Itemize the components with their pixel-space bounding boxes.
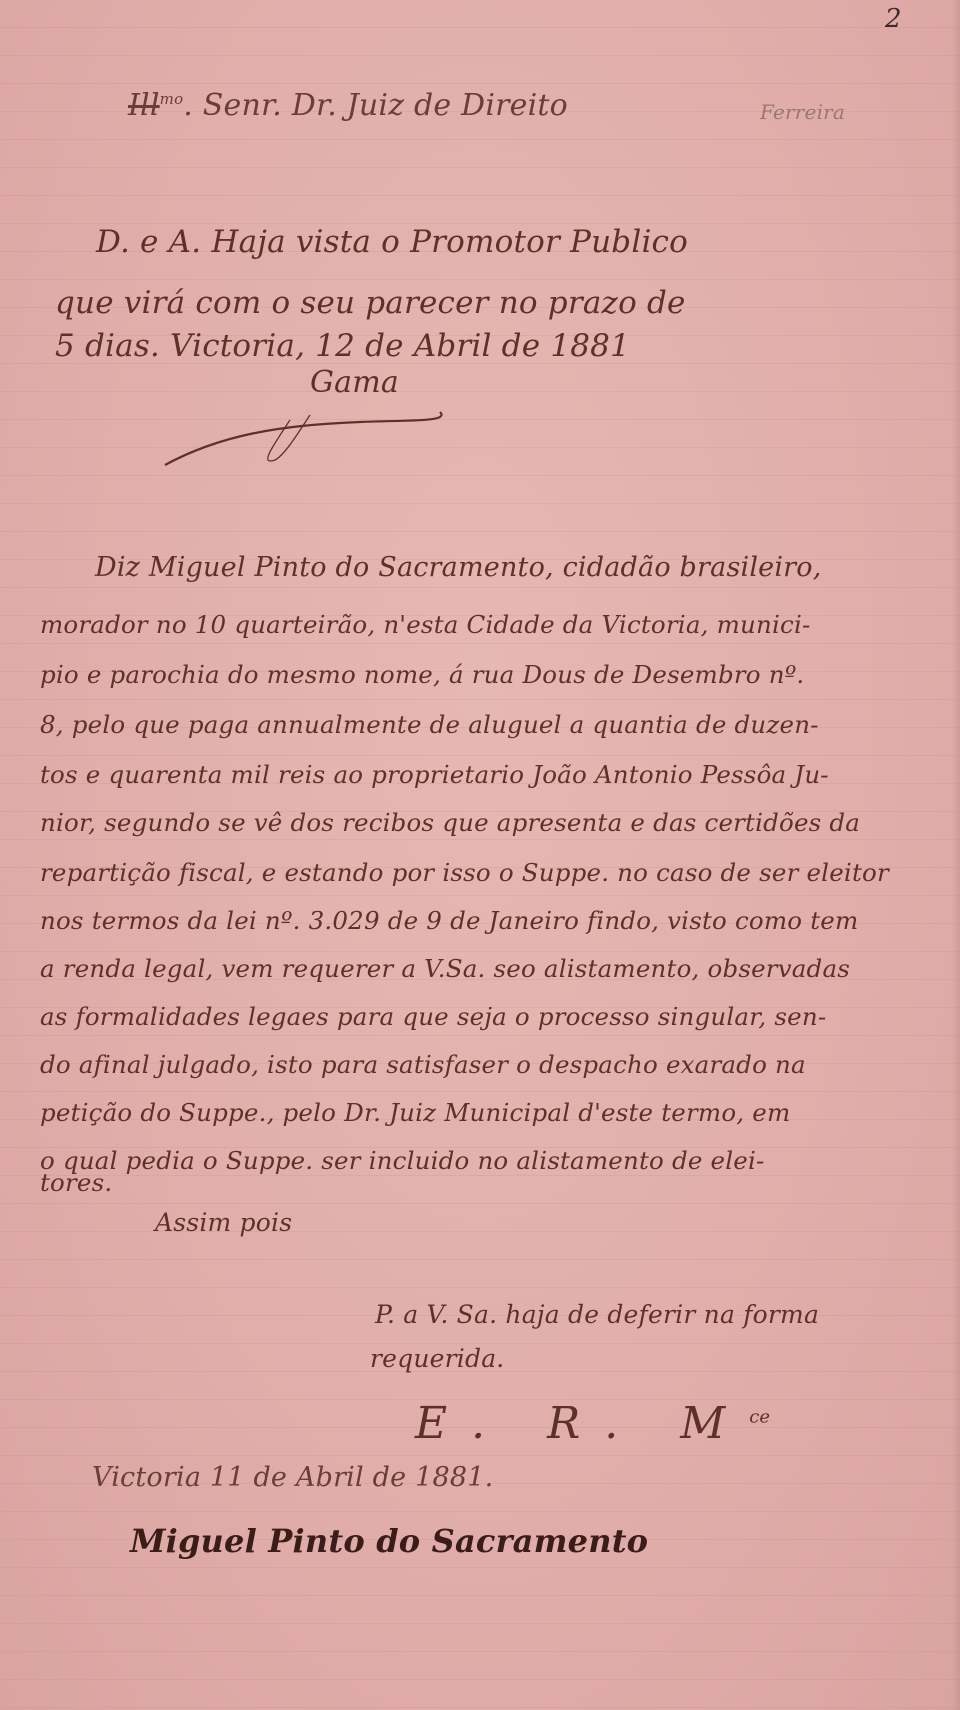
petition-line: a renda legal, vem requerer a V.Sa. seo … — [40, 954, 850, 983]
petition-line: Diz Miguel Pinto do Sacramento, cidadão … — [95, 552, 822, 583]
page-edge-shadow — [952, 0, 960, 1710]
petition-line: do afinal julgado, isto para satisfaser … — [40, 1050, 806, 1079]
petition-date: Victoria 11 de Abril de 1881. — [92, 1462, 493, 1493]
address-salutation-struck: Ill — [128, 88, 160, 123]
order-line: que virá com o seu parecer no prazo de — [55, 285, 686, 321]
petition-line: pio e parochia do mesmo nome, á rua Dous… — [40, 660, 804, 689]
petition-line: 8, pelo que paga annualmente de aluguel … — [40, 710, 819, 739]
petition-line: tos e quarenta mil reis ao proprietario … — [40, 760, 829, 789]
petitioner-signature: Miguel Pinto do Sacramento — [130, 1522, 648, 1560]
petition-line: nior, segundo se vê dos recibos que apre… — [40, 808, 860, 837]
judge-signature: Gama — [310, 365, 399, 400]
closing-line: requerida. — [370, 1344, 504, 1373]
closing-erm-sup: ce — [749, 1406, 770, 1427]
signature-flourish-icon — [160, 410, 460, 470]
margin-note: Ferreira — [760, 100, 845, 124]
petition-line: as formalidades legaes para que seja o p… — [40, 1002, 826, 1031]
petition-line: nos termos da lei nº. 3.029 de 9 de Jane… — [40, 906, 858, 935]
order-line: D. e A. Haja vista o Promotor Publico — [96, 224, 688, 260]
closing-line: P. a V. Sa. haja de deferir na forma — [375, 1300, 819, 1329]
petition-line: tores. — [40, 1168, 112, 1197]
address-salutation-sup: mo — [160, 90, 184, 108]
order-line: 5 dias. Victoria, 12 de Abril de 1881 — [55, 328, 630, 364]
closing-erm: E. R. Mce — [415, 1398, 770, 1449]
address-recipient: . Senr. Dr. Juiz de Direito — [183, 88, 568, 123]
address-line: Illmo. Senr. Dr. Juiz de Direito — [128, 88, 568, 123]
closing-erm-text: E. R. M — [415, 1398, 749, 1449]
petition-line: petição do Suppe., pelo Dr. Juiz Municip… — [40, 1098, 790, 1127]
page-number: 2 — [885, 4, 902, 34]
petition-line: repartição fiscal, e estando por isso o … — [40, 858, 889, 887]
closing-line: Assim pois — [155, 1208, 292, 1237]
petition-line: morador no 10 quarteirão, n'esta Cidade … — [40, 610, 810, 639]
petition-line: o qual pedia o Suppe. ser incluido no al… — [40, 1146, 764, 1175]
